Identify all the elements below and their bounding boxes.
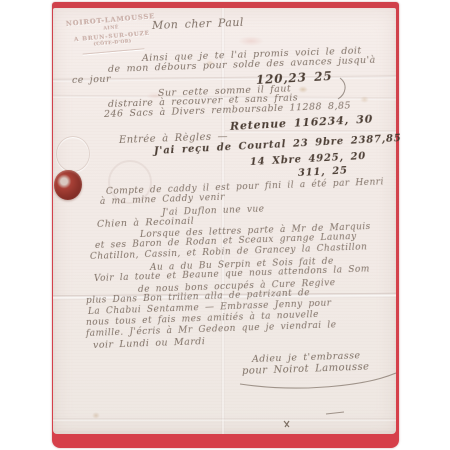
- ink-x-mark: [284, 421, 289, 427]
- signature-flourish-stroke: [240, 373, 396, 388]
- ink-flourish-strokes: [0, 0, 450, 450]
- letter-photo: NOIROT-LAMOUSSE AINÉ A BRUN-SUR-OUZE (CÔ…: [0, 0, 450, 450]
- brace-flourish-stroke: [338, 78, 345, 99]
- ink-dash-mark: [326, 412, 344, 414]
